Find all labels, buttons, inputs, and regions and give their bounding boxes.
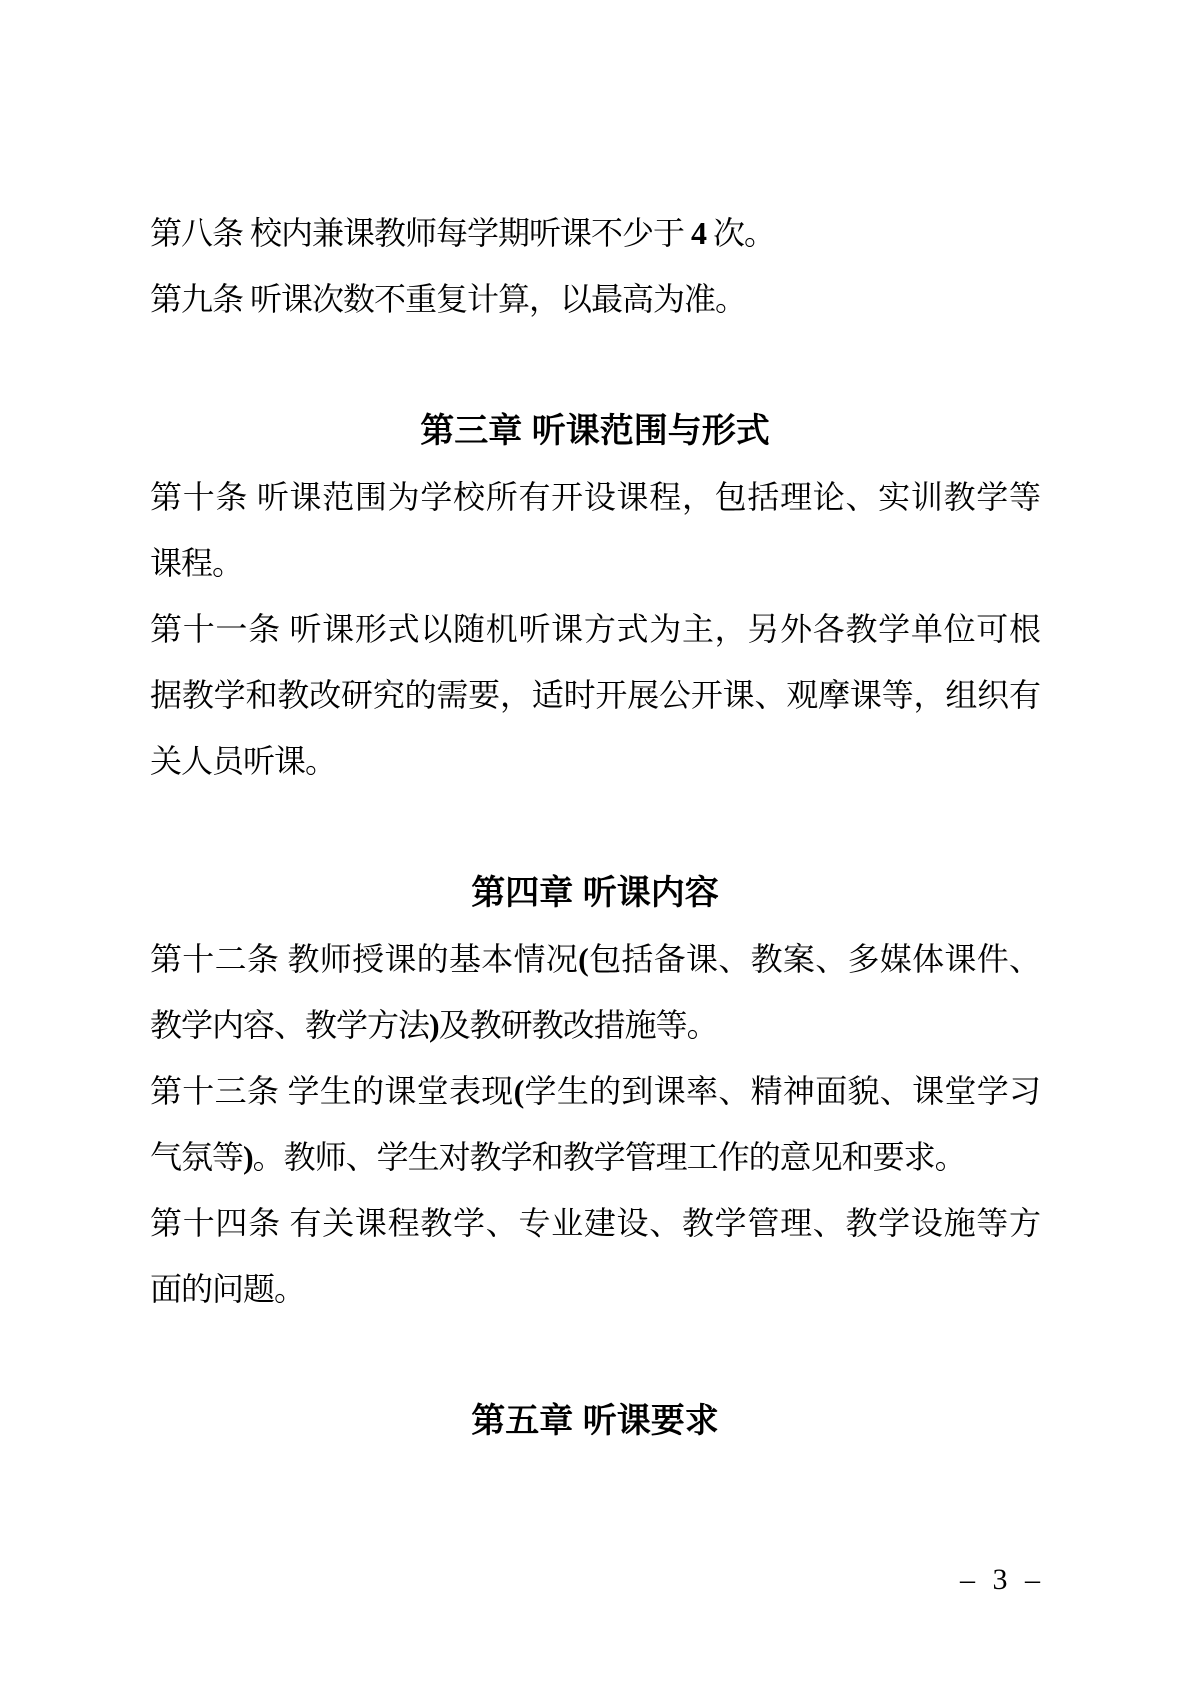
text-segment: 及教研教改措施等。 <box>439 1007 718 1043</box>
text-line: 第十二条 教师授课的基本情况(包括备课、教案、多媒体课件、 <box>150 926 1040 992</box>
bold-text-segment: 4 <box>691 215 706 251</box>
chapter-heading: 第五章 听课要求 <box>150 1388 1040 1454</box>
bold-text-segment: ) <box>429 1007 439 1043</box>
text-line: 课程。 <box>150 530 1040 596</box>
bold-text-segment: ( <box>514 1073 524 1109</box>
text-line: 第十三条 学生的课堂表现(学生的到课率、精神面貌、课堂学习 <box>150 1058 1040 1124</box>
document-body: 第八条 校内兼课教师每学期听课不少于 4 次。第九条 听课次数不重复计算，以最高… <box>150 200 1040 1454</box>
text-line: 第十一条 听课形式以随机听课方式为主，另外各教学单位可根 <box>150 596 1040 662</box>
bold-text-segment: ) <box>243 1139 253 1175</box>
text-line: 第十四条 有关课程教学、专业建设、教学管理、教学设施等方 <box>150 1190 1040 1256</box>
page-number: – 3 – <box>960 1558 1040 1602</box>
text-line: 第九条 听课次数不重复计算，以最高为准。 <box>150 266 1040 332</box>
blank-line <box>150 794 1040 860</box>
text-line: 气氛等)。教师、学生对教学和教学管理工作的意见和要求。 <box>150 1124 1040 1190</box>
text-line: 据教学和教改研究的需要，适时开展公开课、观摩课等，组织有 <box>150 662 1040 728</box>
chapter-heading: 第三章 听课范围与形式 <box>150 398 1040 464</box>
text-segment: 学生的到课率、精神面貌、课堂学习 <box>523 1073 1040 1109</box>
blank-line <box>150 332 1040 398</box>
text-segment: 包括备课、教案、多媒体课件、 <box>588 941 1040 977</box>
text-segment: 教学内容、教学方法 <box>150 1007 429 1043</box>
text-segment: 气氛等 <box>150 1139 243 1175</box>
text-segment: 次。 <box>706 215 775 251</box>
text-segment: 第十三条 学生的课堂表现 <box>150 1073 514 1109</box>
chapter-heading: 第四章 听课内容 <box>150 860 1040 926</box>
blank-line <box>150 1322 1040 1388</box>
text-line: 第十条 听课范围为学校所有开设课程，包括理论、实训教学等 <box>150 464 1040 530</box>
document-page: 第八条 校内兼课教师每学期听课不少于 4 次。第九条 听课次数不重复计算，以最高… <box>0 0 1190 1683</box>
text-segment: 第十二条 教师授课的基本情况 <box>150 941 578 977</box>
text-line: 关人员听课。 <box>150 728 1040 794</box>
text-line: 第八条 校内兼课教师每学期听课不少于 4 次。 <box>150 200 1040 266</box>
bold-text-segment: ( <box>578 941 588 977</box>
text-line: 教学内容、教学方法)及教研教改措施等。 <box>150 992 1040 1058</box>
text-segment: 第八条 校内兼课教师每学期听课不少于 <box>150 215 691 251</box>
text-segment: 。教师、学生对教学和教学管理工作的意见和要求。 <box>253 1139 966 1175</box>
text-line: 面的问题。 <box>150 1256 1040 1322</box>
